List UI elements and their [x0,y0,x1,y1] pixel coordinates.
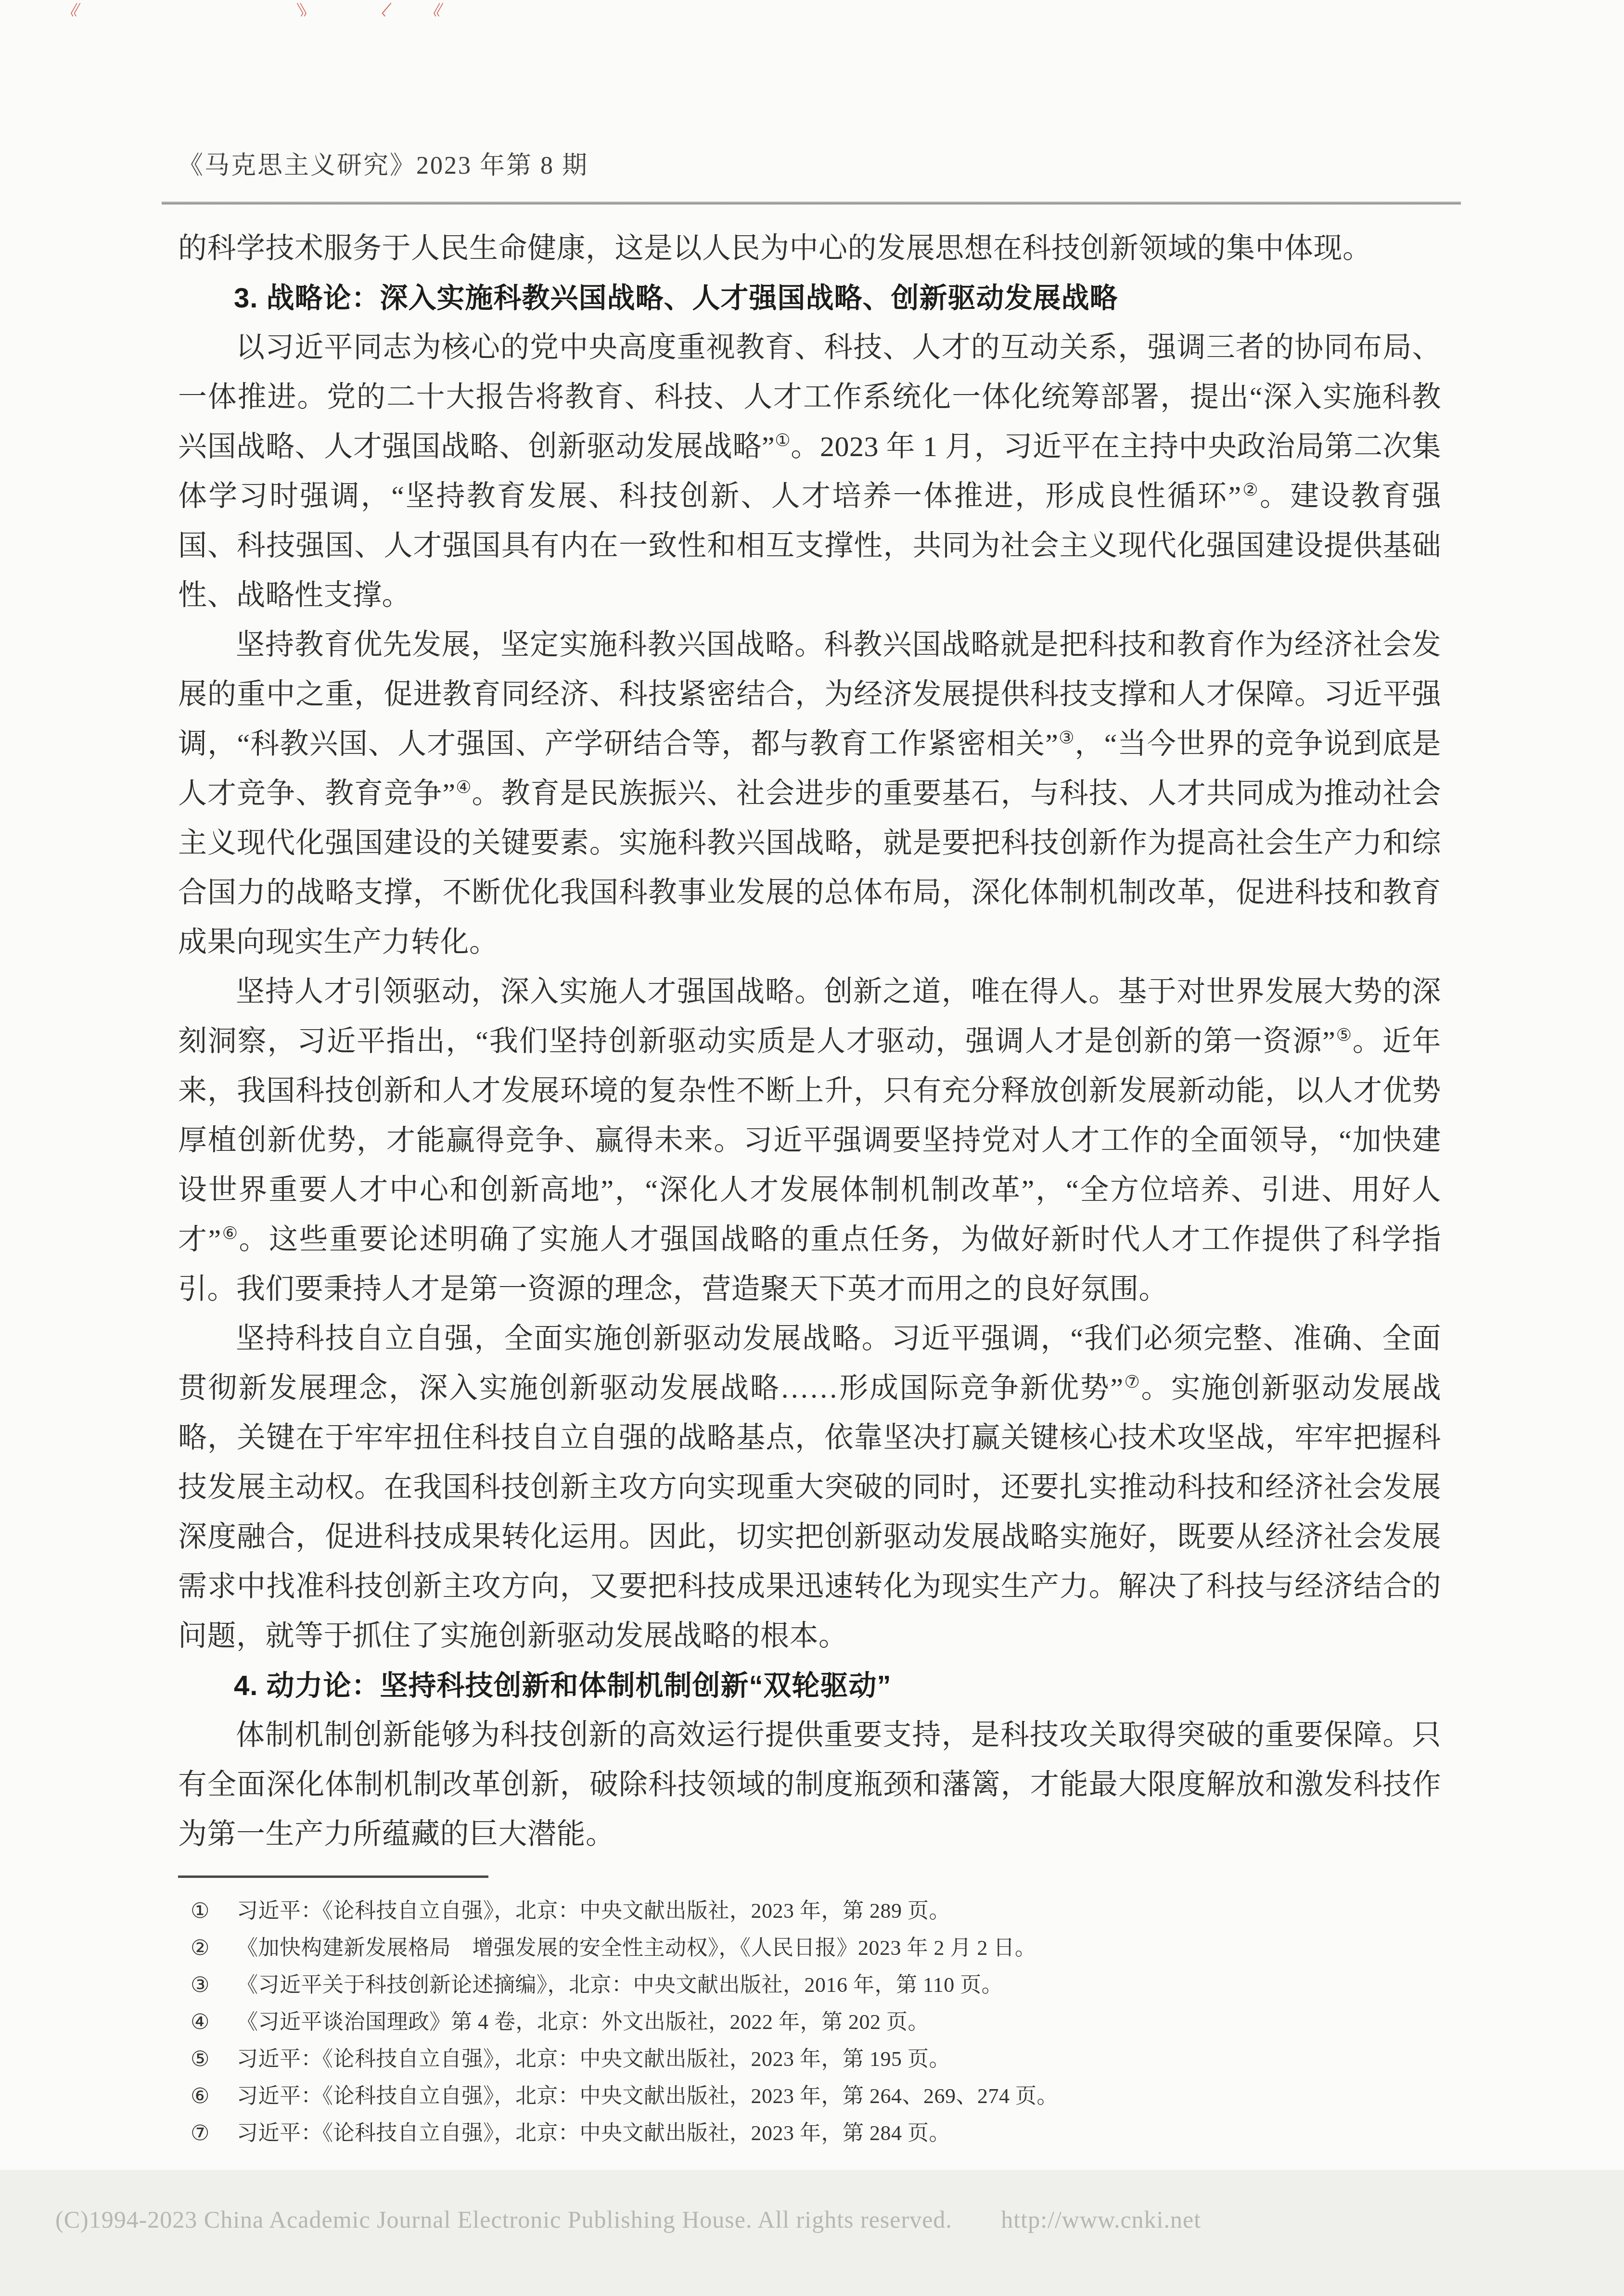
body-paragraph: 坚持人才引领驱动，深入实施人才强国战略。创新之道，唯在得人。基于对世界发展大势的… [178,967,1441,1314]
copyright-text: (C)1994-2023 China Academic Journal Elec… [55,2206,952,2233]
footnote-marker: ② [178,1929,237,1966]
footnote-item: ④ 《习近平谈治国理政》第 4 卷，北京：外文出版社，2022 年，第 202 … [178,2003,1441,2041]
footnote-text: 习近平：《论科技自立自强》，北京：中央文献出版社，2023 年，第 264、26… [237,2078,1441,2115]
footnote-text: 习近平：《论科技自立自强》，北京：中央文献出版社，2023 年，第 289 页。 [237,1892,1441,1929]
scan-artifact-glyph: 《 [59,0,81,16]
body-paragraph: 坚持教育优先发展，坚定实施科教兴国战略。科教兴国战略就是把科技和教育作为经济社会… [178,620,1441,967]
footnote-marker: ⑥ [178,2078,237,2115]
footnote-marker: ⑤ [178,2041,237,2078]
cnki-url: http://www.cnki.net [1001,2206,1201,2233]
journal-header: 《马克思主义研究》2023 年第 8 期 [178,152,1441,180]
footnote-item: ① 习近平：《论科技自立自强》，北京：中央文献出版社，2023 年，第 289 … [178,1892,1441,1929]
footnote-item: ② 《加快构建新发展格局 增强发展的安全性主动权》，《人民日报》2023 年 2… [178,1929,1441,1966]
body-paragraph: 坚持科技自立自强，全面实施创新驱动发展战略。习近平强调，“我们必须完整、准确、全… [178,1314,1441,1661]
footnote-item: ⑥ 习近平：《论科技自立自强》，北京：中央文献出版社，2023 年，第 264、… [178,2078,1441,2115]
footnote-divider [178,1875,488,1878]
footnote-marker: ③ [178,1966,237,2003]
footnote-text: 《习近平谈治国理政》第 4 卷，北京：外文出版社，2022 年，第 202 页。 [237,2003,1441,2041]
footnote-item: ⑤ 习近平：《论科技自立自强》，北京：中央文献出版社，2023 年，第 195 … [178,2041,1441,2078]
footnote-item: ③ 《习近平关于科技创新论述摘编》，北京：中央文献出版社，2016 年，第 11… [178,1966,1441,2003]
copyright-line: (C)1994-2023 China Academic Journal Elec… [55,2206,1201,2233]
section-heading-3: 3. 战略论：深入实施科教兴国战略、人才强国战略、创新驱动发展战略 [178,273,1441,323]
footnote-marker: ④ [178,2003,237,2041]
footnote-item: ⑦ 习近平：《论科技自立自强》，北京：中央文献出版社，2023 年，第 284 … [178,2115,1441,2152]
header-divider [162,202,1461,204]
scan-footer-band: (C)1994-2023 China Academic Journal Elec… [0,2170,1624,2296]
footnote-text: 习近平：《论科技自立自强》，北京：中央文献出版社，2023 年，第 195 页。 [237,2041,1441,2078]
section-heading-4: 4. 动力论：坚持科技创新和体制机制创新“双轮驱动” [178,1661,1441,1710]
footnote-text: 习近平：《论科技自立自强》，北京：中央文献出版社，2023 年，第 284 页。 [237,2115,1441,2152]
footnote-marker: ⑦ [178,2115,237,2152]
scanned-journal-page: { "page": { "header": "《马克思主义研究》2023 年第 … [0,0,1624,2296]
footnote-marker: ① [178,1892,237,1929]
footnote-text: 《习近平关于科技创新论述摘编》，北京：中央文献出版社，2016 年，第 110 … [237,1966,1441,2003]
body-paragraph: 以习近平同志为核心的党中央高度重视教育、科技、人才的互动关系，强调三者的协同布局… [178,323,1441,620]
page-content: 《马克思主义研究》2023 年第 8 期 的科学技术服务于人民生命健康，这是以人… [178,0,1441,2209]
footnote-text: 《加快构建新发展格局 增强发展的安全性主动权》，《人民日报》2023 年 2 月… [237,1929,1441,1966]
body-paragraph: 体制机制创新能够为科技创新的高效运行提供重要支持，是科技攻关取得突破的重要保障。… [178,1710,1441,1859]
footnote-list: ① 习近平：《论科技自立自强》，北京：中央文献出版社，2023 年，第 289 … [178,1892,1441,2152]
body-paragraph-continuation: 的科学技术服务于人民生命健康，这是以人民为中心的发展思想在科技创新领域的集中体现… [178,224,1441,273]
